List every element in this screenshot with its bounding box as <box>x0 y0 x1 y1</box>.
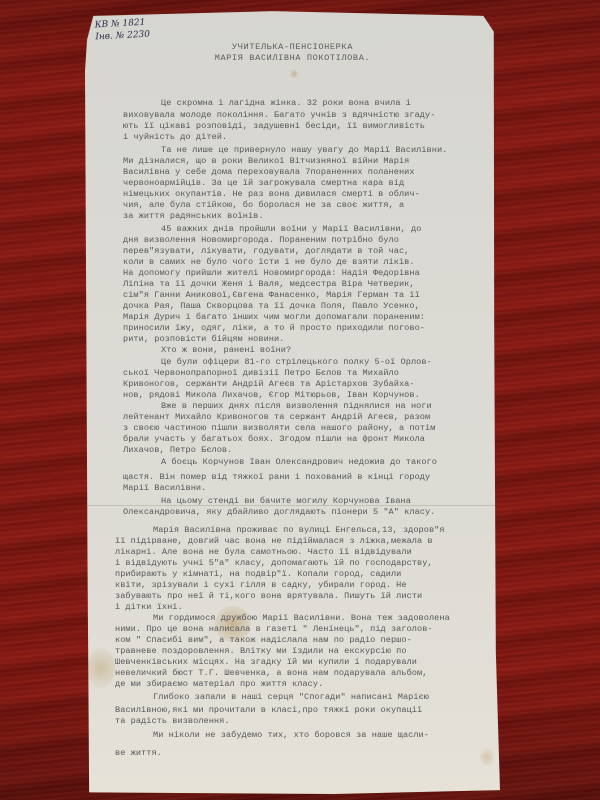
document-text-line: Марія Дурич і багато інших чим могли доп… <box>123 312 425 322</box>
document-text-line: Василівною,які ми прочитали в класі,про … <box>115 705 422 715</box>
document-text-line: дочка Рая, Паша Скворцова та її дочка По… <box>123 301 420 311</box>
document-text-line: ють її цікаві розповіді, задушевні бесід… <box>123 121 425 131</box>
document-text-line: забувають про неї й ті,кого вона врятува… <box>115 591 422 601</box>
document-text-line: прибирають у кімнаті, на подвір"ї. Копал… <box>115 569 401 579</box>
document-text-line: щастя. Він помер від тяжкої рани і похов… <box>123 472 430 482</box>
document-text-line: Василівна у себе дома переховувала 7пора… <box>123 167 415 177</box>
typewritten-document-sheet: КВ № 1821 Інв. № 2230 УЧИТЕЛЬКА-ПЕНСІОНЕ… <box>85 8 500 794</box>
document-text-line: квіти, зрізували і сухі гілля в садку, у… <box>115 580 407 590</box>
document-text-line: Ми дізналися, що в роки Великої Вітчизня… <box>123 156 409 166</box>
document-text-line: німецьких окупантів. Не раз вона дивилас… <box>123 189 420 199</box>
document-text-line: чия, але була стійкою, бо боролася не за… <box>123 200 404 210</box>
document-text-line: брали участь у багатьох боях. Згодом піш… <box>123 434 425 444</box>
document-text-line: Та не лише це привернуло нашу увагу до М… <box>123 145 447 155</box>
document-text-line: Лихачов, Петро Бєлов. <box>123 445 232 455</box>
document-text-line: приносили їжу, одяг, ліки, а то й просто… <box>123 323 425 333</box>
document-text-line: Марії Василівни. <box>123 483 206 493</box>
document-text-line: Глибоко запали в наші серця "Спогади" на… <box>115 692 429 702</box>
document-text-line: Хто ж вони, ранені воїни? <box>123 345 291 355</box>
document-text-line: сім"я Ганни Аникової,Євгена Фанасенко, М… <box>123 290 420 300</box>
document-text-line: Шевченківських місцях. На згадку їй ми к… <box>115 657 417 667</box>
document-text-line: невеличкий бюст Т.Г. Шевченка, а вона на… <box>115 668 427 678</box>
document-text-line: дня визволення Новомиргорода. Пораненим … <box>123 235 399 245</box>
document-text-line: Це скромна і лагідна жінка. 32 роки вона… <box>123 98 411 108</box>
document-text-line: перев"язувати, лікувати, годувати, догля… <box>123 246 409 256</box>
document-text-line: виховувала молоде покоління. Багато учні… <box>123 110 435 120</box>
document-title: УЧИТЕЛЬКА-ПЕНСІОНЕРКА <box>85 42 500 52</box>
document-text-line: травневе поздоровлення. Влітку ми їздили… <box>115 646 407 656</box>
document-text-line: і відвідують учні 5"а" класу, допомагают… <box>115 558 433 568</box>
document-subtitle: МАРІЯ ВАСИЛІВНА ПОКОТІЛОВА. <box>85 53 500 63</box>
document-text-line: Вже в перших днях після визволення підня… <box>123 401 432 411</box>
document-text-line: де ми збираємо матеріал про життя класу. <box>115 679 323 689</box>
document-text-line: її підірване, довгий час вона не підійма… <box>115 536 433 546</box>
document-body: УЧИТЕЛЬКА-ПЕНСІОНЕРКА МАРІЯ ВАСИЛІВНА ПО… <box>85 8 500 794</box>
document-text-line: Ліпіна та її дочки Женя і Валя, медсестр… <box>123 279 415 289</box>
document-text-line: Ми ніколи не забудемо тих, хто боровся з… <box>115 730 429 740</box>
document-text-line: ними. Про це вона написала в газеті " Ле… <box>115 624 433 634</box>
document-text-line: 45 важких днів пройшли воїни у Марії Вас… <box>123 224 421 234</box>
document-text-line: А боєць Корчунов Іван Олександрович недо… <box>123 457 437 467</box>
document-text-line: лейтенант Михайло Кривоногов та сержант … <box>123 412 430 422</box>
document-text-line: рити, розповісти бійцям новини. <box>123 334 284 344</box>
document-text-line: і чуйність до дітей. <box>123 132 227 142</box>
document-text-line: ве життя. <box>115 748 162 758</box>
document-text-line: нов, рядові Микола Лихачов, Єгор Мітюрьо… <box>123 390 420 400</box>
document-text-line: Це були офіцери 81-го стрілецького полку… <box>123 357 432 367</box>
document-text-line: На цьому стенді ви бачите могилу Корчуно… <box>123 496 411 506</box>
document-text-line: коли в самих не було чого їсти і не було… <box>123 257 415 267</box>
document-text-line: лікарні. Але вона не була самотньою. Час… <box>115 547 412 557</box>
document-text-line: червоноармійців. За це їй загрожувала см… <box>123 178 404 188</box>
document-text-line: Олександровича, яку дбайливо доглядають … <box>123 507 435 517</box>
document-text-line: На допомогу прийшли жителі Новомиргорода… <box>123 268 420 278</box>
document-text-line: ської Червонопрапорної дивізії Петро Бєл… <box>123 368 399 378</box>
document-text-line: ком " Спасибі вим", а також надіслала на… <box>115 635 412 645</box>
document-text-line: Марія Василівна проживає по вулиці Енгел… <box>115 525 445 535</box>
document-text-line: Ми гордимося дружбою Марії Василівни. Во… <box>115 613 450 623</box>
document-text-line: за життя радянських воїнів. <box>123 211 264 221</box>
document-text-line: та радість визволення. <box>115 716 230 726</box>
document-text-line: і дітки їхні. <box>115 602 183 612</box>
document-text-line: з своєю частиною пішли визволяти села на… <box>123 423 435 433</box>
document-text-line: Кривоногов, сержанти Андрій Агеєв та Арі… <box>123 379 415 389</box>
